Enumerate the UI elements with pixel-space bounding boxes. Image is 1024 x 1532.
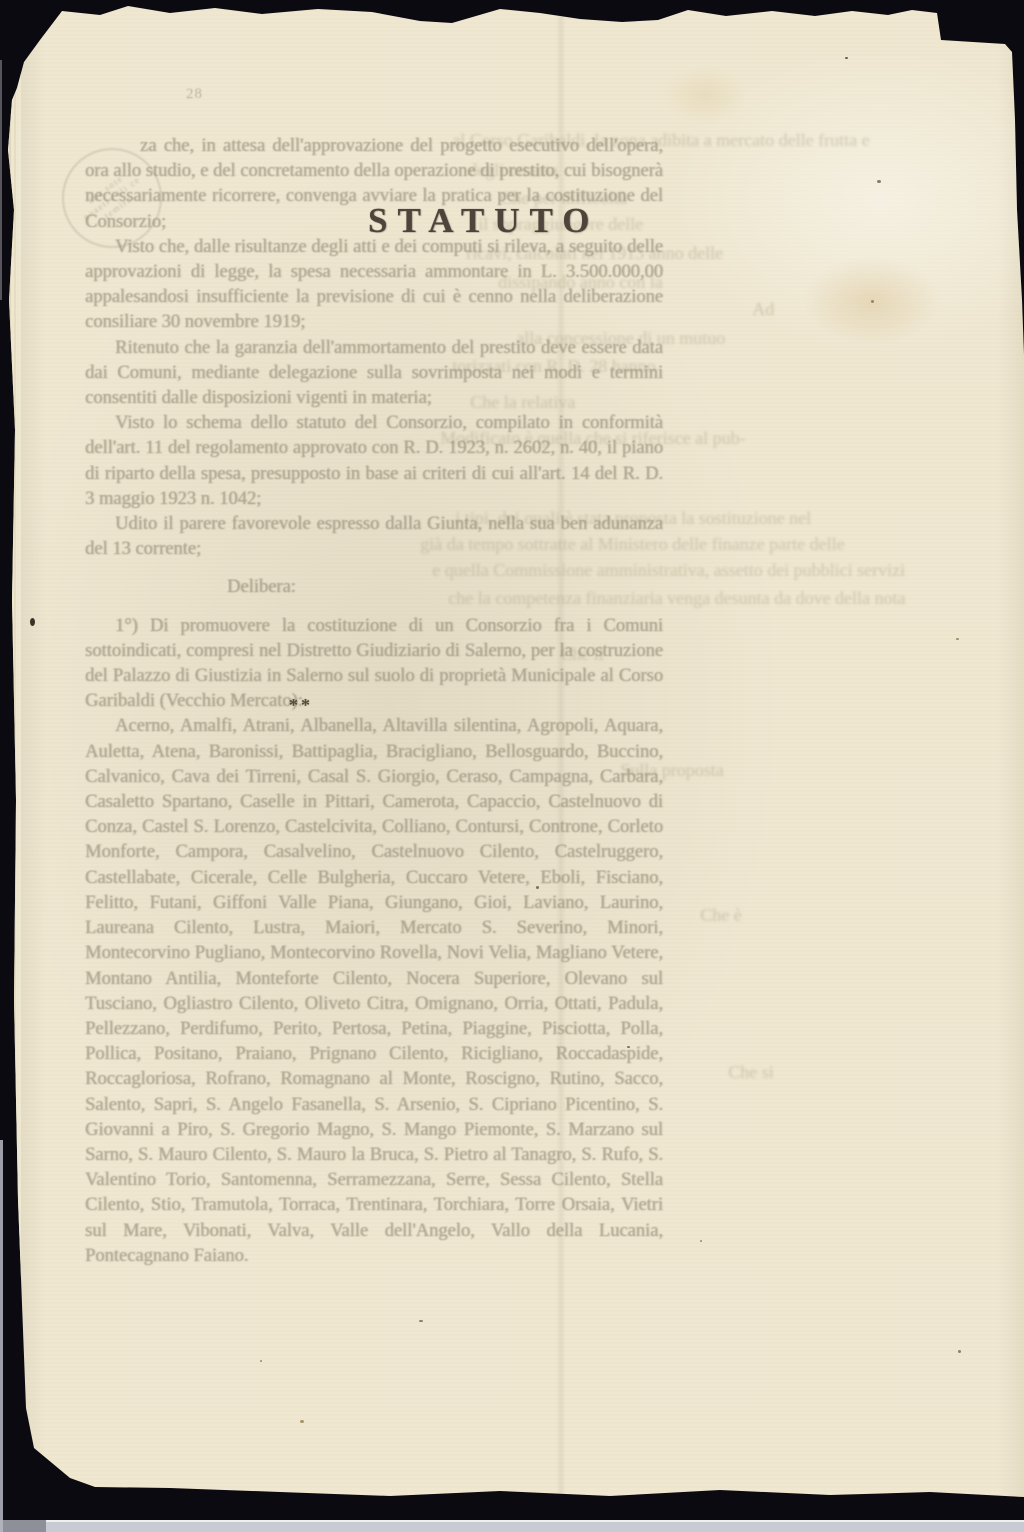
bleedthrough-paragraph: Visto lo schema dello statuto del Consor… <box>85 411 663 512</box>
scanner-edge-sliver <box>0 1140 3 1532</box>
library-stamp-icon: ana snte noaetrv ili ce temira <box>62 148 162 248</box>
paper-speck <box>877 180 881 183</box>
paper-speck <box>627 1046 630 1048</box>
bleedthrough-text-column: za che, in attesa dell'approvazione del … <box>85 134 663 1269</box>
paper-speck <box>536 886 539 889</box>
bleedthrough-paragraph: Ritenuto che la garanzia dell'ammortamen… <box>85 336 663 412</box>
asterism-mark: ** <box>289 695 313 716</box>
bleedthrough-paragraph: Udito il parere favorevole espresso dall… <box>85 512 663 562</box>
bleedthrough-fragment: Ad <box>752 299 774 320</box>
paper-speck <box>30 618 35 626</box>
paper-speck <box>260 1360 262 1362</box>
bleedthrough-fragment: Che è <box>700 905 741 926</box>
bleedthrough-fragment: Che si <box>728 1062 774 1083</box>
scanned-document: al Corso Garibaldi, la zona adibita a me… <box>0 0 1024 1532</box>
scanner-edge-sliver <box>0 60 2 300</box>
paper-speck <box>419 1320 423 1322</box>
bleedthrough-paragraph: 1°) Di promuovere la costituzione di un … <box>85 614 663 715</box>
bleedthrough-paragraph: Delibera: <box>85 575 663 600</box>
paper-speck <box>956 638 959 640</box>
stacked-page-edges <box>4 56 21 1481</box>
ghost-page-number: 28 <box>186 86 204 104</box>
scanner-bed-strip <box>0 1520 1024 1532</box>
paper-page: al Corso Garibaldi, la zona adibita a me… <box>0 0 1024 1532</box>
paper-speck <box>958 1350 961 1353</box>
paper-speck <box>845 57 848 59</box>
stamp-illegible-text: ana snte noaetrv ili ce temira <box>75 165 149 232</box>
bleedthrough-paragraph: Acerno, Amalfi, Atrani, Albanella, Altav… <box>85 714 663 1268</box>
paper-speck <box>300 1420 304 1423</box>
scanner-bed-strip-shadow <box>0 1520 46 1532</box>
bleedthrough-paragraph: Visto che, dalle risultanze degli atti e… <box>85 235 663 336</box>
page-title: STATUTO <box>368 201 599 241</box>
paper-speck <box>871 300 874 303</box>
paper-speck <box>700 1240 702 1242</box>
torn-corner-edge <box>20 0 67 40</box>
